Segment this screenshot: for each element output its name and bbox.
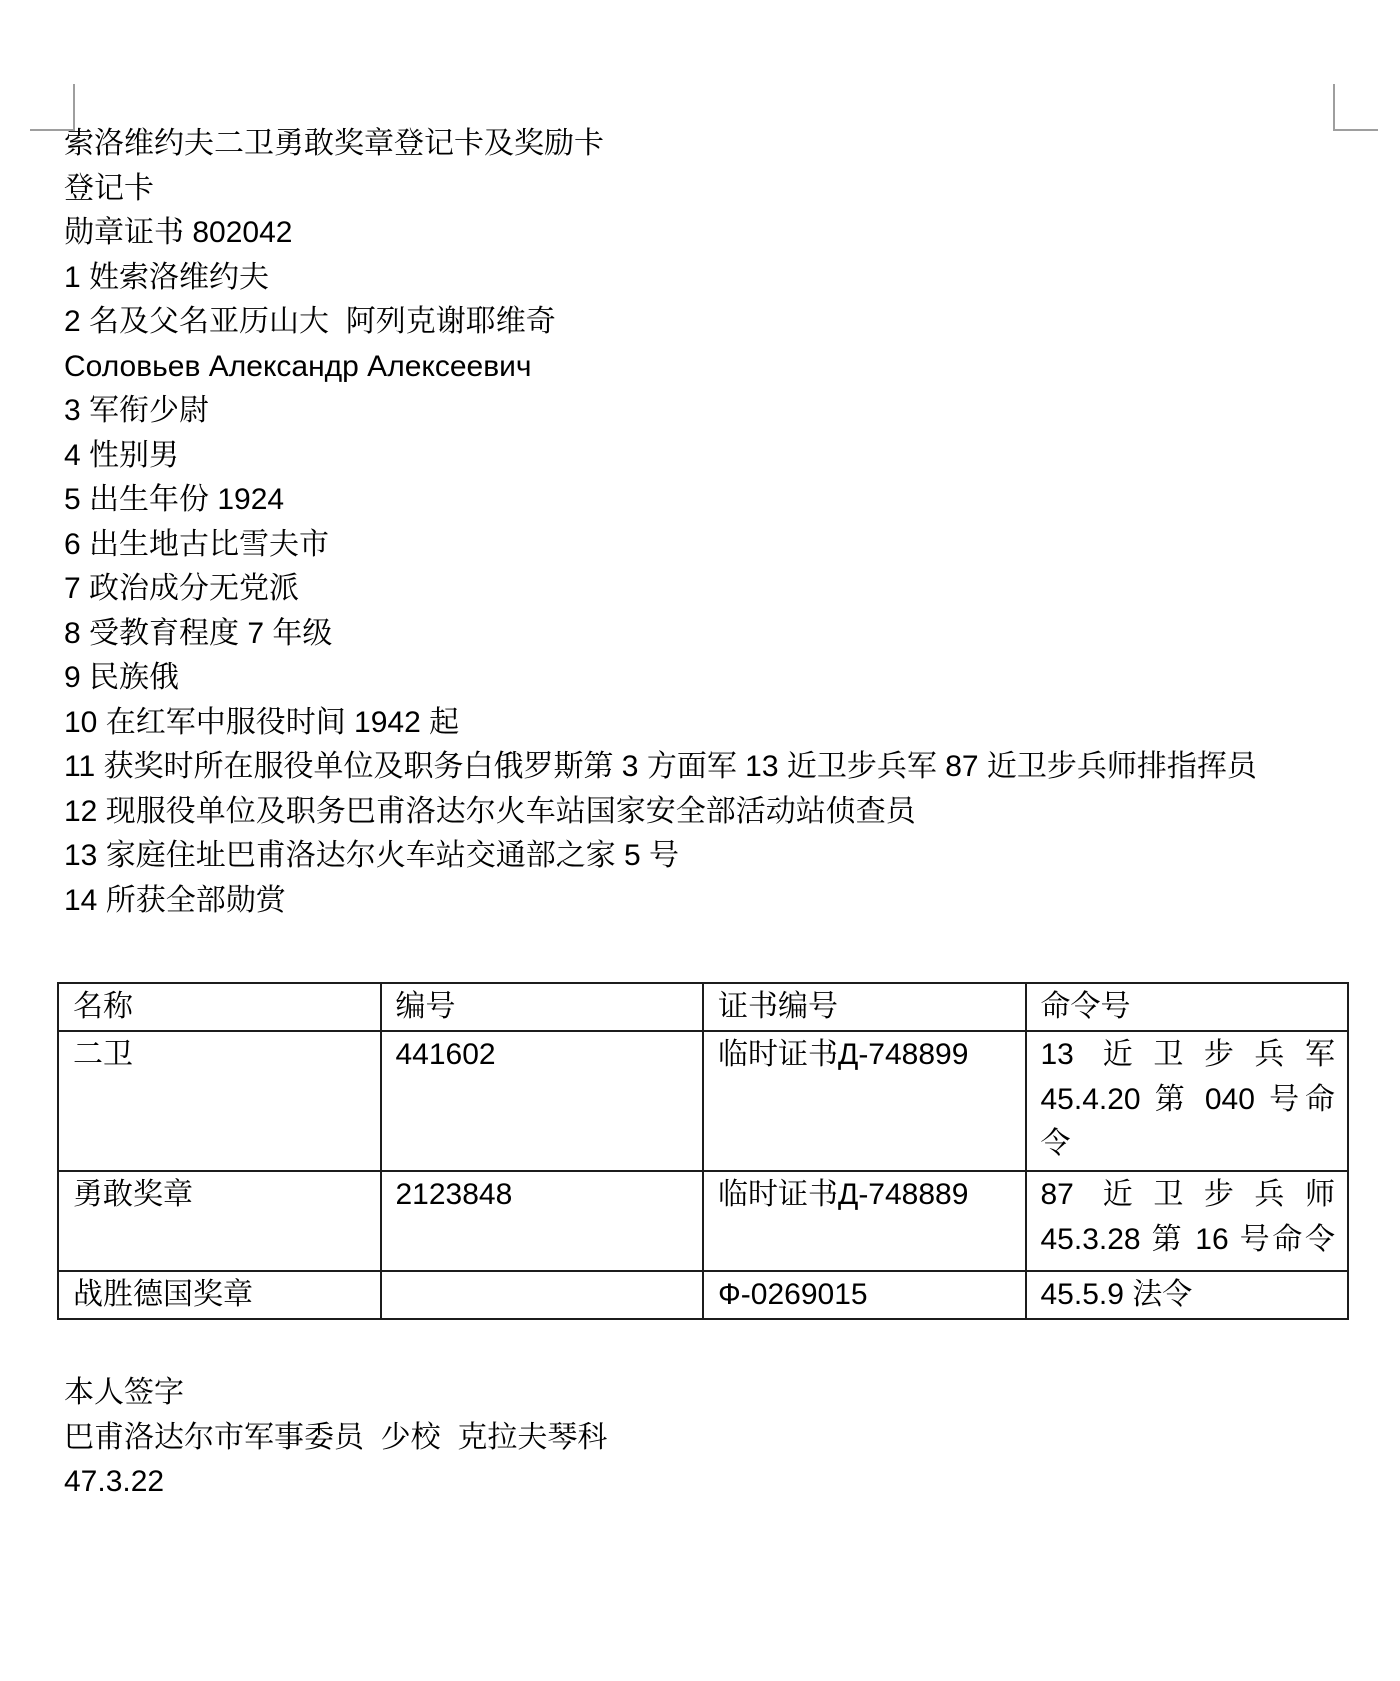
footer-date: 47.3.22 bbox=[64, 1460, 1356, 1505]
order-line: 87 近卫步兵师 bbox=[1041, 1173, 1336, 1218]
name-russian: Соловьев Александр Алексеевич bbox=[64, 345, 1356, 390]
cell-award-number: 2123848 bbox=[381, 1171, 704, 1271]
field-home-address: 13 家庭住址巴甫洛达尔火车站交通部之家 5 号 bbox=[64, 834, 1356, 879]
doc-subtitle-registration-card: 登记卡 bbox=[64, 167, 1356, 212]
cell-certificate-number: 临时证书Д-748899 bbox=[703, 1031, 1026, 1171]
field-awards-heading: 14 所获全部勋赏 bbox=[64, 879, 1356, 924]
awards-table-header-certificate: 证书编号 bbox=[703, 983, 1026, 1031]
document-content: 索洛维约夫二卫勇敢奖章登记卡及奖励卡 登记卡 勋章证书 802042 1 姓索洛… bbox=[64, 122, 1356, 1505]
cell-order-number: 13 近卫步兵军 45.4.20 第 040 号命 令 bbox=[1026, 1031, 1349, 1171]
awards-table-header-name: 名称 bbox=[58, 983, 381, 1031]
doc-title: 索洛维约夫二卫勇敢奖章登记卡及奖励卡 bbox=[64, 122, 1356, 167]
cell-certificate-number: Ф-0269015 bbox=[703, 1271, 1026, 1319]
award-row-guards-badge: 二卫 441602 临时证书Д-748899 13 近卫步兵军 45.4.20 … bbox=[58, 1031, 1348, 1171]
order-line: 45.3.28 第 16 号命令 bbox=[1041, 1218, 1336, 1263]
cell-certificate-number: 临时证书Д-748889 bbox=[703, 1171, 1026, 1271]
awards-table-header-row: 名称 编号 证书编号 命令号 bbox=[58, 983, 1348, 1031]
cell-award-number: 441602 bbox=[381, 1031, 704, 1171]
awards-table: 名称 编号 证书编号 命令号 二卫 441602 临时证书Д-748899 13… bbox=[57, 982, 1349, 1320]
field-surname: 1 姓索洛维约夫 bbox=[64, 256, 1356, 301]
award-row-bravery-medal: 勇敢奖章 2123848 临时证书Д-748889 87 近卫步兵师 45.3.… bbox=[58, 1171, 1348, 1271]
order-line: 45.4.20 第 040 号命 bbox=[1041, 1078, 1336, 1123]
field-name-patronymic: 2 名及父名亚历山大 阿列克谢耶维奇 bbox=[64, 300, 1356, 345]
awards-table-header-order: 命令号 bbox=[1026, 983, 1349, 1031]
field-sex: 4 性别男 bbox=[64, 434, 1356, 479]
cell-award-name: 二卫 bbox=[58, 1031, 381, 1171]
commissar-line: 巴甫洛达尔市军事委员 少校 克拉夫琴科 bbox=[64, 1416, 1356, 1461]
order-line: 13 近卫步兵军 bbox=[1041, 1033, 1336, 1078]
signature-label: 本人签字 bbox=[64, 1371, 1356, 1416]
field-birthplace: 6 出生地古比雪夫市 bbox=[64, 523, 1356, 568]
order-line: 令 bbox=[1041, 1122, 1336, 1167]
signature-block: 本人签字 巴甫洛达尔市军事委员 少校 克拉夫琴科 47.3.22 bbox=[64, 1371, 1356, 1505]
cell-award-name: 战胜德国奖章 bbox=[58, 1271, 381, 1319]
cell-order-number: 87 近卫步兵师 45.3.28 第 16 号命令 bbox=[1026, 1171, 1349, 1271]
field-current-unit: 12 现服役单位及职务巴甫洛达尔火车站国家安全部活动站侦查员 bbox=[64, 790, 1356, 835]
cell-award-number bbox=[381, 1271, 704, 1319]
field-ethnicity: 9 民族俄 bbox=[64, 656, 1356, 701]
award-row-victory-over-germany-medal: 战胜德国奖章 Ф-0269015 45.5.9 法令 bbox=[58, 1271, 1348, 1319]
field-rank: 3 军衔少尉 bbox=[64, 389, 1356, 434]
cell-order-number: 45.5.9 法令 bbox=[1026, 1271, 1349, 1319]
medal-certificate-number: 勋章证书 802042 bbox=[64, 211, 1356, 256]
awards-table-header-number: 编号 bbox=[381, 983, 704, 1031]
field-unit-at-award: 11 获奖时所在服役单位及职务白俄罗斯第 3 方面军 13 近卫步兵军 87 近… bbox=[64, 745, 1356, 790]
field-birth-year: 5 出生年份 1924 bbox=[64, 478, 1356, 523]
field-political-affiliation: 7 政治成分无党派 bbox=[64, 567, 1356, 612]
field-service-since: 10 在红军中服役时间 1942 起 bbox=[64, 701, 1356, 746]
order-line: 45.5.9 法令 bbox=[1041, 1273, 1336, 1318]
field-education: 8 受教育程度 7 年级 bbox=[64, 612, 1356, 657]
cell-award-name: 勇敢奖章 bbox=[58, 1171, 381, 1271]
document-page: 索洛维约夫二卫勇敢奖章登记卡及奖励卡 登记卡 勋章证书 802042 1 姓索洛… bbox=[0, 0, 1400, 1681]
